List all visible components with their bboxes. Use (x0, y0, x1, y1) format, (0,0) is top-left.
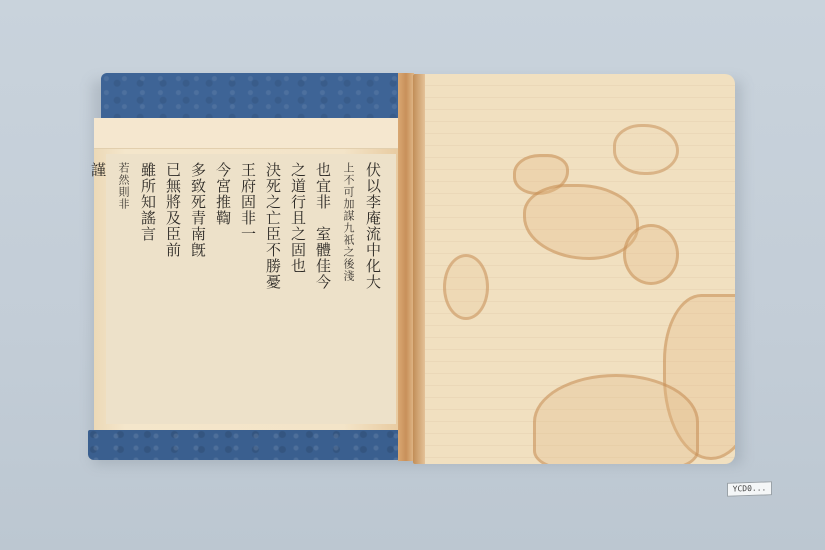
text-column: 已無將及臣前 (161, 162, 182, 417)
text-column: 多致死青南旣 (186, 162, 207, 417)
water-stain (533, 374, 699, 464)
top-margin-band (94, 118, 406, 149)
text-column: 若然則非 (111, 162, 132, 417)
handwritten-text: 伏以李庵流中化大 上不可加謀九祇之後淺 也宜非 室體佳今 之道行且之固也 決死之… (86, 162, 382, 417)
page-gutter (413, 74, 425, 464)
text-column: 雖所知謠言 (136, 162, 157, 417)
water-stain (623, 224, 679, 285)
text-column: 謹 (86, 162, 107, 417)
text-column: 王府固非一 (236, 162, 257, 417)
blue-cover-bottom (88, 430, 410, 460)
text-column: 上不可加謀九祇之後淺 (336, 162, 357, 417)
text-column: 今宮推鞫 (211, 162, 232, 417)
accession-label: YCD0... (727, 481, 772, 497)
book-spine (398, 73, 414, 461)
water-stain (613, 124, 679, 175)
blue-cover-top (101, 73, 413, 118)
text-column: 之道行且之固也 (286, 162, 307, 417)
right-page (413, 74, 735, 464)
water-stain (523, 184, 639, 260)
left-paper: 伏以李庵流中化大 上不可加謀九祇之後淺 也宜非 室體佳今 之道行且之固也 決死之… (94, 118, 406, 430)
text-column: 也宜非 室體佳今 (311, 162, 332, 417)
text-column: 決死之亡臣不勝憂 (261, 162, 282, 417)
manuscript-sheet: 伏以李庵流中化大 上不可加謀九祇之後淺 也宜非 室體佳今 之道行且之固也 決死之… (106, 154, 396, 424)
left-page: 伏以李庵流中化大 上不可加謀九祇之後淺 也宜非 室體佳今 之道行且之固也 決死之… (88, 73, 414, 461)
water-stain (443, 254, 489, 320)
text-column: 伏以李庵流中化大 (361, 162, 382, 417)
